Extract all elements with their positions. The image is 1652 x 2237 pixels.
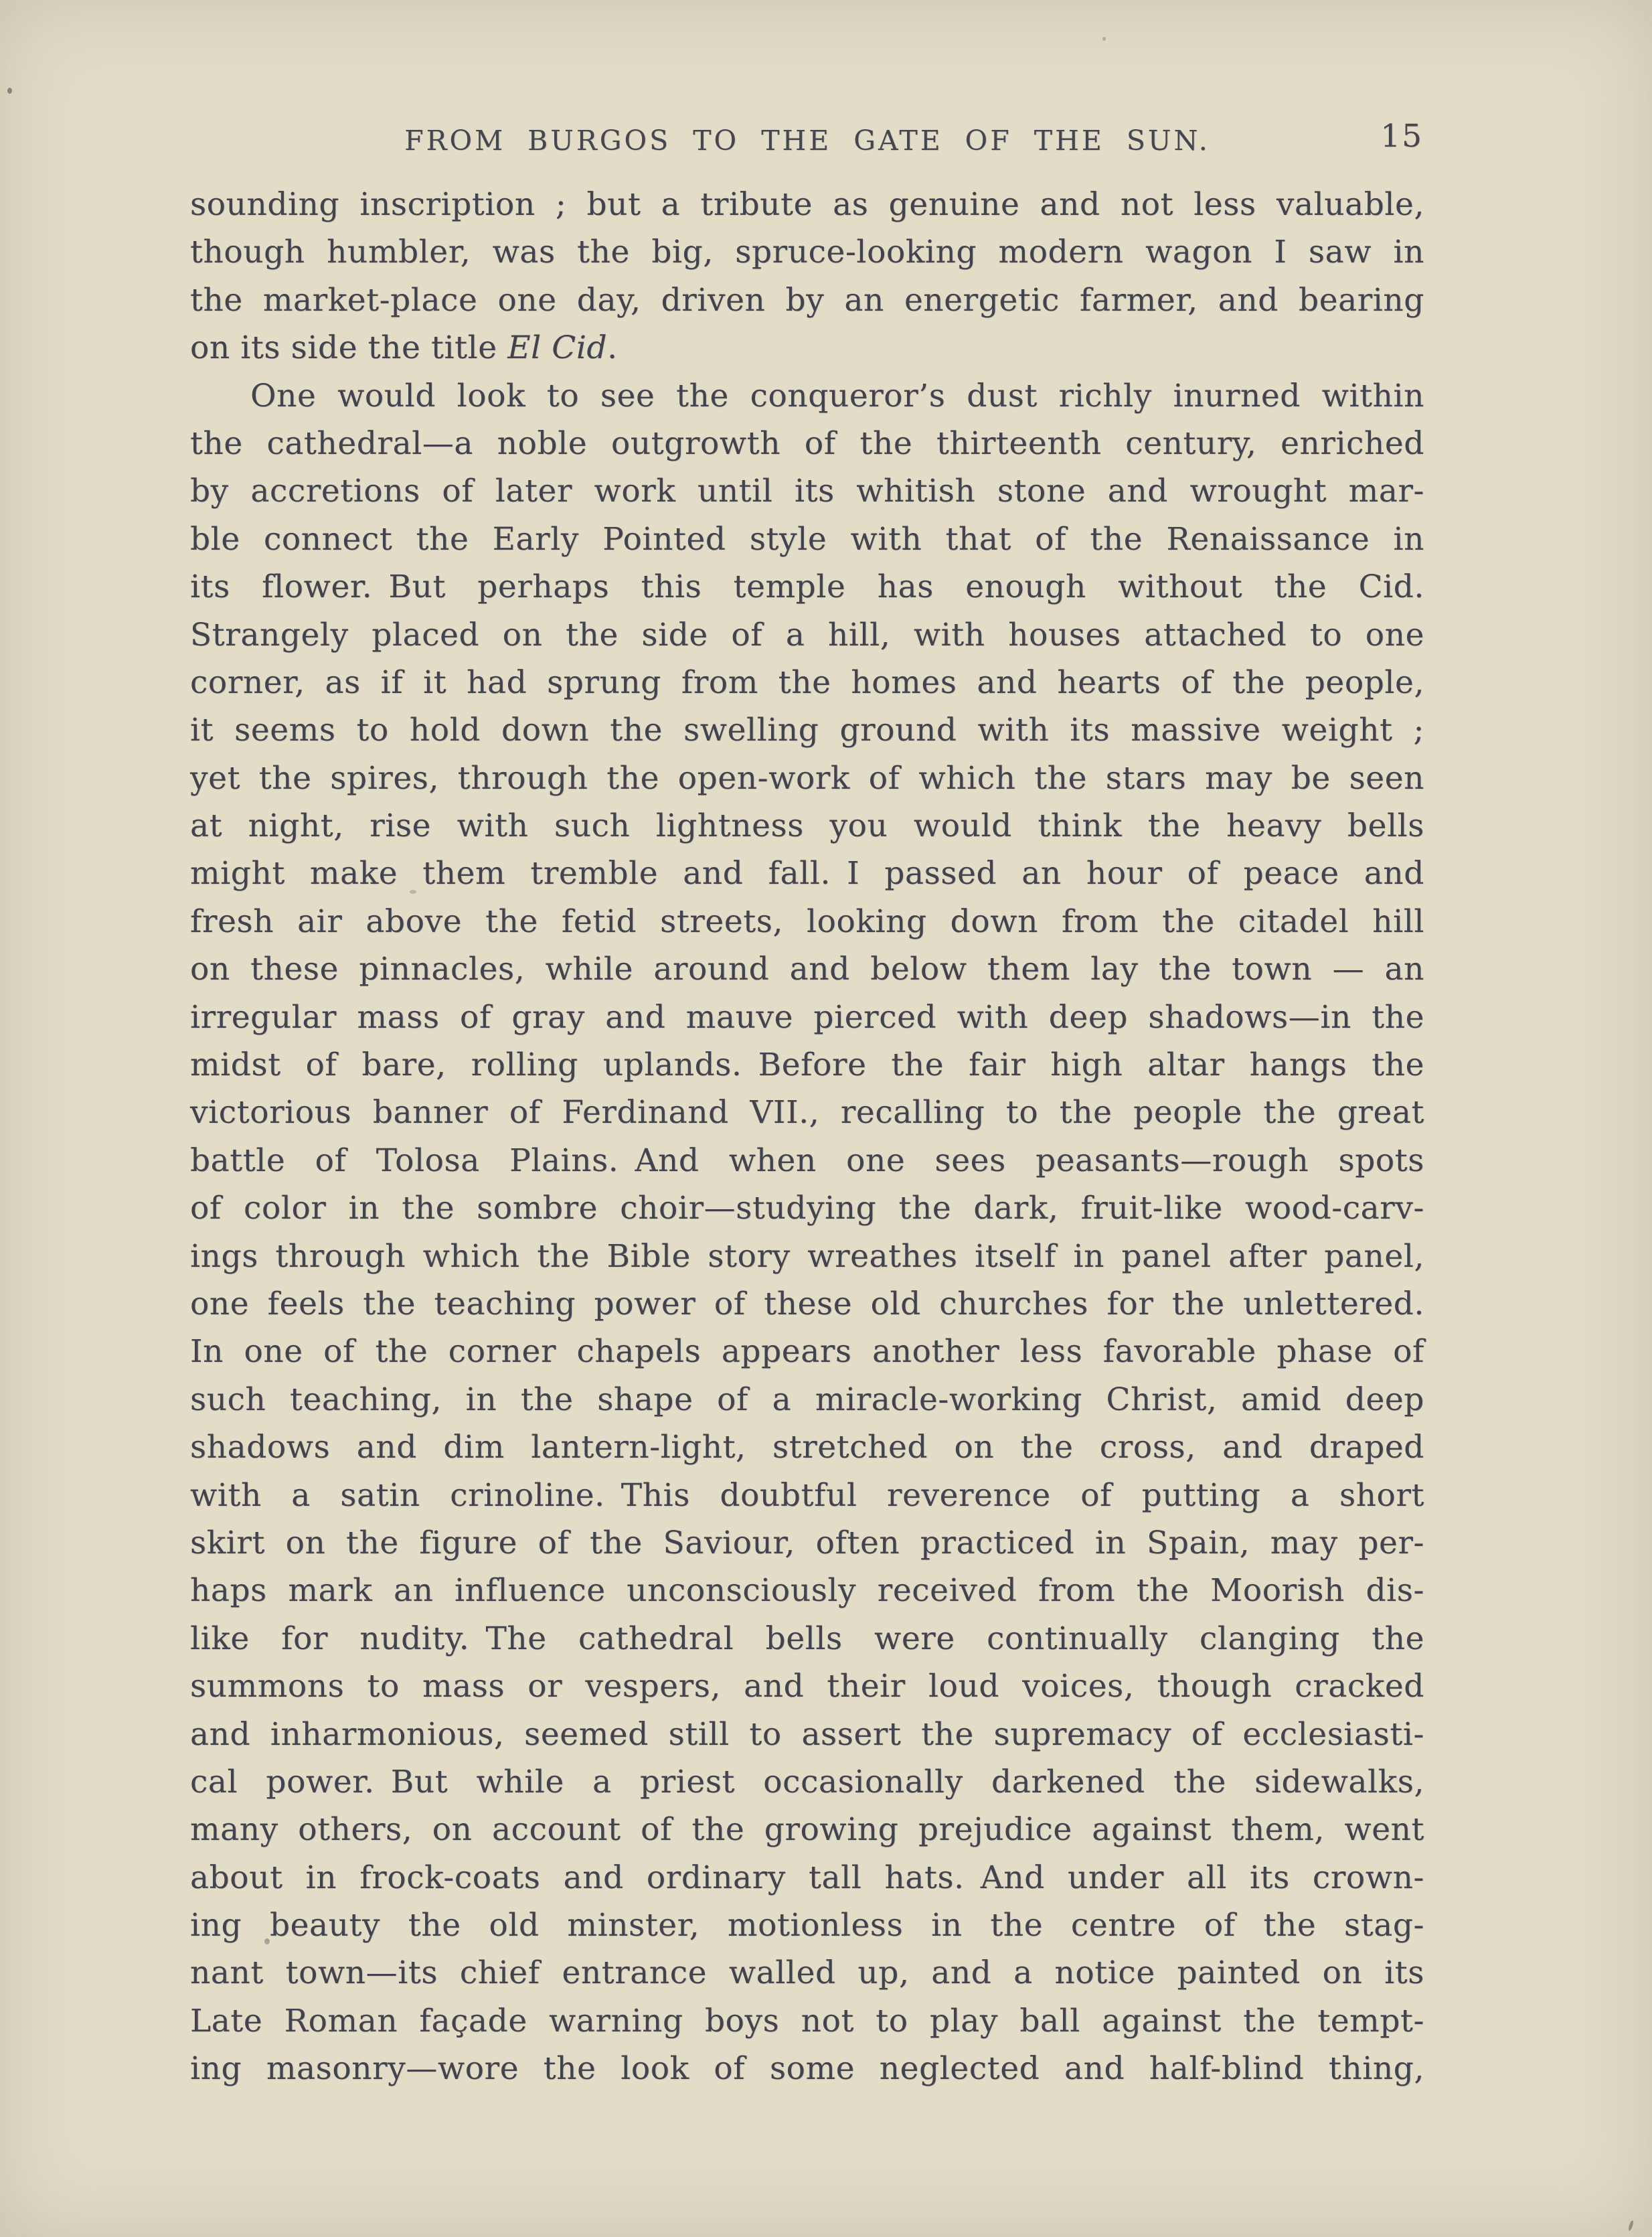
- italic-title-el-cid: El Cid: [507, 329, 607, 366]
- paragraph-2-first-line: One would look to see the conqueror’s du…: [190, 372, 1424, 420]
- body-line: with a satin crinoline. This doubtful re…: [190, 1472, 1424, 1519]
- paragraph-1-last-line: on its side the title El Cid.: [190, 324, 1424, 372]
- body-line: ing beauty the old minster, motionless i…: [190, 1902, 1424, 1949]
- body-line: ings through which the Bible story wreat…: [190, 1233, 1424, 1280]
- body-line: the cathedral—a noble outgrowth of the t…: [190, 420, 1424, 467]
- body-line: about in frock-coats and ordinary tall h…: [190, 1854, 1424, 1902]
- body-line: haps mark an influence unconsciously rec…: [190, 1567, 1424, 1614]
- body-line: such teaching, in the shape of a miracle…: [190, 1376, 1424, 1423]
- body-line: victorious banner of Ferdinand VII., rec…: [190, 1089, 1424, 1136]
- body-line: might make them tremble and fall. I pass…: [190, 850, 1424, 897]
- paragraph-1: sounding inscription ; but a tribute as …: [190, 181, 1424, 372]
- page-number: 15: [1380, 118, 1423, 155]
- body-line: irregular mass of gray and mauve pierced…: [190, 994, 1424, 1041]
- body-line: by accretions of later work until its wh…: [190, 467, 1424, 515]
- body-line: yet the spires, through the open-work of…: [190, 755, 1424, 802]
- body-line: skirt on the figure of the Saviour, ofte…: [190, 1519, 1424, 1567]
- chapter-title: FROM BURGOS TO THE GATE OF THE SUN.: [190, 122, 1424, 159]
- body-line: corner, as if it had sprung from the hom…: [190, 659, 1424, 706]
- body-line: one feels the teaching power of these ol…: [190, 1280, 1424, 1328]
- body-line: at night, rise with such lightness you w…: [190, 802, 1424, 850]
- body-line: In one of the corner chapels appears ano…: [190, 1328, 1424, 1375]
- body-text: sounding inscription ; but a tribute as …: [190, 181, 1424, 2093]
- body-line: sounding inscription ; but a tribute as …: [190, 181, 1424, 228]
- body-line: midst of bare, rolling uplands. Before t…: [190, 1041, 1424, 1089]
- paper-speck: [1102, 37, 1106, 41]
- body-line: the market-place one day, driven by an e…: [190, 277, 1424, 324]
- body-line: its flower. But perhaps this temple has …: [190, 563, 1424, 611]
- body-line-text: on its side the title: [190, 329, 507, 366]
- running-header: FROM BURGOS TO THE GATE OF THE SUN. 15: [190, 122, 1424, 169]
- book-page: FROM BURGOS TO THE GATE OF THE SUN. 15 s…: [0, 0, 1652, 2237]
- body-line-text: .: [607, 329, 618, 366]
- body-line: cal power. But while a priest occasional…: [190, 1758, 1424, 1806]
- body-line: though humbler, was the big, spruce-look…: [190, 228, 1424, 276]
- body-line: ble connect the Early Pointed style with…: [190, 516, 1424, 563]
- body-line: Late Roman façade warning boys not to pl…: [190, 1997, 1424, 2045]
- body-line: shadows and dim lantern-light, stretched…: [190, 1423, 1424, 1471]
- body-line: ing masonry—wore the look of some neglec…: [190, 2045, 1424, 2092]
- paper-speck: [1628, 2220, 1635, 2232]
- body-line: it seems to hold down the swelling groun…: [190, 706, 1424, 754]
- body-line: Strangely placed on the side of a hill, …: [190, 611, 1424, 659]
- body-line: fresh air above the fetid streets, looki…: [190, 898, 1424, 945]
- body-line: battle of Tolosa Plains. And when one se…: [190, 1137, 1424, 1184]
- paragraph-2: One would look to see the conqueror’s du…: [190, 372, 1424, 2093]
- body-line: nant town—its chief entrance walled up, …: [190, 1949, 1424, 1997]
- body-line: like for nudity. The cathedral bells wer…: [190, 1615, 1424, 1663]
- body-line: summons to mass or vespers, and their lo…: [190, 1663, 1424, 1710]
- body-line: and inharmonious, seemed still to assert…: [190, 1711, 1424, 1758]
- body-line: on these pinnacles, while around and bel…: [190, 945, 1424, 993]
- paper-speck: [7, 88, 12, 94]
- body-line: many others, on account of the growing p…: [190, 1806, 1424, 1853]
- body-line: of color in the sombre choir—studying th…: [190, 1184, 1424, 1232]
